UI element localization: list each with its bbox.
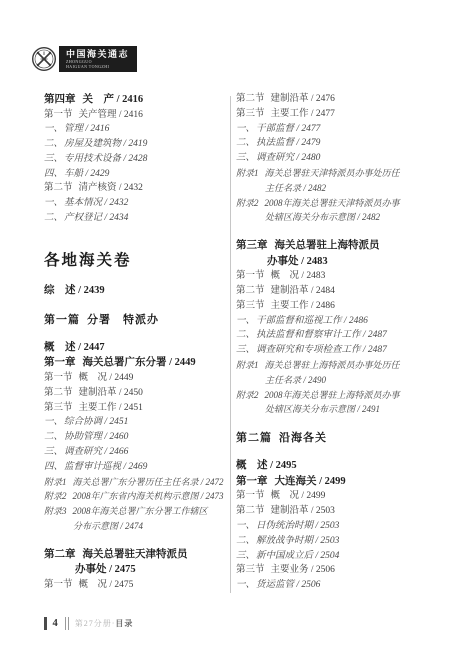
entry-label: 第一节 [236,491,265,501]
entry-title: 概 况 / 2483 [271,271,326,281]
entry-title: 执法监督 / 2479 [256,138,320,148]
entry-title: 大连海关 / 2499 [275,476,346,487]
entry-label: 第一节 [236,271,265,281]
toc-entry-section: 第二节建制沿革 / 2484 [236,284,417,299]
entry-title: 分署 特派办 [87,314,159,326]
entry-title: 概 况 / 2475 [79,580,134,590]
toc-entry-item: 二、房屋及建筑物 / 2419 [44,137,225,152]
toc-entry-section: 第三节主要工作 / 2486 [236,299,417,314]
entry-label: 三、 [236,153,255,163]
page-footer: 4 第27分册·目录 [44,617,133,630]
entry-title: 干部监督和巡视工作 / 2486 [256,316,368,326]
toc-entry-part: 第一篇分署 特派办 [44,312,225,328]
toc-entry-section: 第二节清产核资 / 2432 [44,181,225,196]
toc-entry-section: 第一节概 况 / 2499 [236,489,417,504]
entry-title: 车船 / 2429 [64,169,109,179]
entry-label: 附录3 [44,506,67,516]
toc-entry-item: 一、干部监督 / 2477 [236,122,417,137]
entry-label: 一、 [236,124,255,134]
toc-entry-item: 二、协助管理 / 2460 [44,430,225,445]
entry-label: 第一篇 [44,314,80,326]
toc-entry-item: 二、产权登记 / 2434 [44,211,225,226]
toc-entry-chapter: 第三章海关总署驻上海特派员办事处 / 2483 [236,238,417,269]
entry-label: 三、 [236,345,255,355]
entry-title: 海关总署广东分署 / 2449 [83,357,196,368]
entry-label: 第三节 [236,301,265,311]
footer-contents-label: 目录 [115,619,133,628]
entry-title: 干部监督 / 2477 [256,124,320,134]
toc-entry-section: 第三节主要工作 / 2451 [44,401,225,416]
entry-label: 一、 [236,580,255,590]
entry-title: 海关总署驻天津特派员办事处历任 [265,168,400,178]
toc-entry-overview: 概 述 / 2495 [236,459,417,474]
entry-label: 第一节 [44,580,73,590]
entry-label: 附录1 [236,168,259,178]
toc-entry-item: 一、日伪统治时期 / 2503 [236,519,417,534]
entry-title: 概 述 / 2447 [44,342,105,353]
entry-title: 概 况 / 2499 [271,491,326,501]
entry-label: 第二节 [236,286,265,296]
entry-label: 第四章 [44,94,76,105]
entry-label: 第二节 [236,506,265,516]
entry-title: 沿海各关 [279,432,327,444]
entry-title: 综合协调 / 2451 [64,417,128,427]
entry-title: 调查研究 / 2480 [256,153,320,163]
entry-label: 一、 [236,316,255,326]
entry-label: 一、 [44,124,63,134]
entry-label: 二、 [236,330,255,340]
toc-entry-overview: 综 述 / 2439 [44,284,225,299]
footer-bar-thin [65,617,66,630]
entry-label: 二、 [236,138,255,148]
entry-title: 调查研究 / 2466 [64,447,128,457]
toc-entry-section: 第一节概 况 / 2483 [236,269,417,284]
toc-entry-appendix: 附录1海关总署广东分署历任主任名录 / 2472 [44,475,225,490]
entry-label: 三、 [44,447,63,457]
entry-title: 新中国成立后 / 2504 [256,551,339,561]
entry-title: 基本情况 / 2432 [64,198,128,208]
toc-entry-section: 第二节建制沿革 / 2450 [44,386,225,401]
toc-entry-item: 二、执法监督 / 2479 [236,136,417,151]
entry-label: 四、 [44,169,63,179]
toc-entry-section: 第一节概 况 / 2449 [44,371,225,386]
entry-title: 监督审计巡视 / 2469 [64,462,147,472]
toc-entry-appendix: 附录22008年广东省内海关机构示意图 / 2473 [44,489,225,504]
logo-title-box: 中国海关通志 ZHONGGUO HAIGUAN TONGZHI [59,46,137,72]
entry-title: 建制沿革 / 2450 [79,388,143,398]
entry-title: 海关总署驻天津特派员 [83,549,188,560]
entry-title: 产权登记 / 2434 [64,213,128,223]
page-number: 4 [53,618,58,629]
entry-label: 第一节 [44,110,73,120]
toc-entry-chapter: 第一章海关总署广东分署 / 2449 [44,355,225,371]
entry-label: 三、 [44,154,63,164]
entry-label: 一、 [44,417,63,427]
toc-entry-item: 三、调查研究和专项检查工作 / 2487 [236,343,417,358]
entry-title: 管理 / 2416 [64,124,109,134]
book-logo: 中国海关通志 ZHONGGUO HAIGUAN TONGZHI [31,46,137,72]
entry-label: 一、 [236,521,255,531]
toc-entry-section: 第二节建制沿革 / 2476 [236,92,417,107]
entry-title: 海关总署驻上海特派员 [275,240,380,251]
entry-title: 执法监督和督察审计工作 / 2487 [256,330,387,340]
entry-title-continued: 主任名录 / 2482 [236,181,417,196]
toc-entry-appendix: 附录1海关总署驻上海特派员办事处历任主任名录 / 2490 [236,358,417,388]
toc-entry-section: 第一节关产管理 / 2416 [44,108,225,123]
column-divider [230,96,231,593]
entry-label: 第二节 [44,183,73,193]
entry-title-continued: 处辖区海关分布示意图 / 2482 [236,210,417,225]
toc-entry-item: 三、新中国成立后 / 2504 [236,549,417,564]
entry-title: 2008年海关总署驻天津特派员办事 [265,198,400,208]
toc-entry-item: 三、调查研究 / 2480 [236,151,417,166]
toc-entry-appendix: 附录22008年海关总署驻上海特派员办事处辖区海关分布示意图 / 2491 [236,388,417,418]
entry-title: 建制沿革 / 2484 [271,286,335,296]
footer-volume-label: 第27分册 [75,619,112,628]
toc-entry-item: 二、解放战争时期 / 2503 [236,534,417,549]
entry-label: 二、 [236,536,255,546]
toc-entry-item: 一、干部监督和巡视工作 / 2486 [236,314,417,329]
toc-columns: 第四章关 产 / 2416第一节关产管理 / 2416一、管理 / 2416二、… [44,92,418,593]
toc-entry-item: 一、货运监管 / 2506 [236,578,417,593]
footer-bar-thick [44,617,47,630]
entry-title: 专用技术设备 / 2428 [64,154,147,164]
entry-title: 日伪统治时期 / 2503 [256,521,339,531]
toc-entry-item: 三、调查研究 / 2466 [44,445,225,460]
entry-label: 二、 [44,213,63,223]
entry-title: 概 述 / 2495 [236,460,297,471]
entry-title: 调查研究和专项检查工作 / 2487 [256,345,387,355]
entry-title-continued: 分布示意图 / 2474 [44,519,225,534]
toc-entry-section: 第三节主要业务 / 2506 [236,563,417,578]
toc-column-left: 第四章关 产 / 2416第一节关产管理 / 2416一、管理 / 2416二、… [44,92,225,593]
entry-label: 第一章 [236,476,268,487]
entry-label: 四、 [44,462,63,472]
entry-label: 第二节 [236,94,265,104]
toc-entry-chapter: 第一章大连海关 / 2499 [236,474,417,490]
toc-entry-volume: 各地海关卷 [44,250,225,271]
entry-title: 综 述 / 2439 [44,285,105,296]
entry-title: 主要业务 / 2506 [271,565,335,575]
entry-title: 建制沿革 / 2503 [271,506,335,516]
entry-label: 第一节 [44,373,73,383]
toc-entry-section: 第二节建制沿革 / 2503 [236,504,417,519]
entry-label: 附录2 [236,390,259,400]
entry-title: 2008年海关总署驻上海特派员办事 [265,390,400,400]
toc-entry-overview: 概 述 / 2447 [44,341,225,356]
footer-bar-thin [68,617,69,630]
toc-entry-item: 二、执法监督和督察审计工作 / 2487 [236,328,417,343]
entry-label: 第二篇 [236,432,272,444]
entry-title-continued: 处辖区海关分布示意图 / 2491 [236,402,417,417]
book-title-pinyin-line2: HAIGUAN TONGZHI [66,64,129,69]
toc-entry-appendix: 附录1海关总署驻天津特派员办事处历任主任名录 / 2482 [236,166,417,196]
entry-label: 附录2 [44,491,67,501]
entry-label: 附录1 [236,360,259,370]
toc-entry-appendix: 附录22008年海关总署驻天津特派员办事处辖区海关分布示意图 / 2482 [236,196,417,226]
entry-title: 主要工作 / 2451 [79,403,143,413]
entry-title: 协助管理 / 2460 [64,432,128,442]
entry-title: 主要工作 / 2486 [271,301,335,311]
entry-title: 建制沿革 / 2476 [271,94,335,104]
entry-title: 房屋及建筑物 / 2419 [64,139,147,149]
entry-title: 2008年海关总署广东分署工作辖区 [73,506,208,516]
entry-title: 海关总署广东分署历任主任名录 / 2472 [73,477,224,487]
entry-label: 三、 [236,551,255,561]
entry-label: 第二章 [44,549,76,560]
toc-entry-section: 第一节概 况 / 2475 [44,578,225,593]
entry-title-continued: 办事处 / 2483 [236,254,417,270]
entry-label: 第三节 [236,565,265,575]
toc-entry-item: 四、监督审计巡视 / 2469 [44,460,225,475]
entry-label: 二、 [44,432,63,442]
entry-title: 货运监管 / 2506 [256,580,320,590]
toc-page: 中国海关通志 ZHONGGUO HAIGUAN TONGZHI 第四章关 产 /… [0,0,450,656]
entry-label: 第三节 [44,403,73,413]
entry-label: 二、 [44,139,63,149]
entry-label: 一、 [44,198,63,208]
toc-entry-item: 一、综合协调 / 2451 [44,415,225,430]
entry-title: 海关总署驻上海特派员办事处历任 [265,360,400,370]
entry-label: 附录1 [44,477,67,487]
toc-entry-item: 一、基本情况 / 2432 [44,196,225,211]
entry-title: 概 况 / 2449 [79,373,134,383]
toc-entry-item: 四、车船 / 2429 [44,167,225,182]
toc-entry-part: 第二篇沿海各关 [236,430,417,446]
customs-emblem-icon [31,46,57,72]
entry-label: 附录2 [236,198,259,208]
book-title-chinese: 中国海关通志 [66,49,129,59]
toc-entry-item: 三、专用技术设备 / 2428 [44,152,225,167]
toc-entry-appendix: 附录32008年海关总署广东分署工作辖区分布示意图 / 2474 [44,504,225,534]
toc-entry-section: 第三节主要工作 / 2477 [236,107,417,122]
entry-title: 主要工作 / 2477 [271,109,335,119]
entry-title: 关 产 / 2416 [83,94,144,105]
toc-column-right: 第二节建制沿革 / 2476第三节主要工作 / 2477一、干部监督 / 247… [236,92,417,593]
entry-label: 第二节 [44,388,73,398]
entry-title-continued: 主任名录 / 2490 [236,373,417,388]
footer-label: 第27分册·目录 [75,618,134,629]
entry-title: 解放战争时期 / 2503 [256,536,339,546]
entry-title: 2008年广东省内海关机构示意图 / 2473 [73,491,224,501]
entry-title: 关产管理 / 2416 [79,110,143,120]
entry-label: 第三节 [236,109,265,119]
entry-title-continued: 办事处 / 2475 [44,562,225,578]
toc-entry-item: 一、管理 / 2416 [44,122,225,137]
entry-label: 第一章 [44,357,76,368]
entry-label: 第三章 [236,240,268,251]
entry-title: 清产核资 / 2432 [79,183,143,193]
toc-entry-chapter: 第二章海关总署驻天津特派员办事处 / 2475 [44,547,225,578]
toc-entry-chapter: 第四章关 产 / 2416 [44,92,225,108]
entry-title: 各地海关卷 [44,252,132,269]
